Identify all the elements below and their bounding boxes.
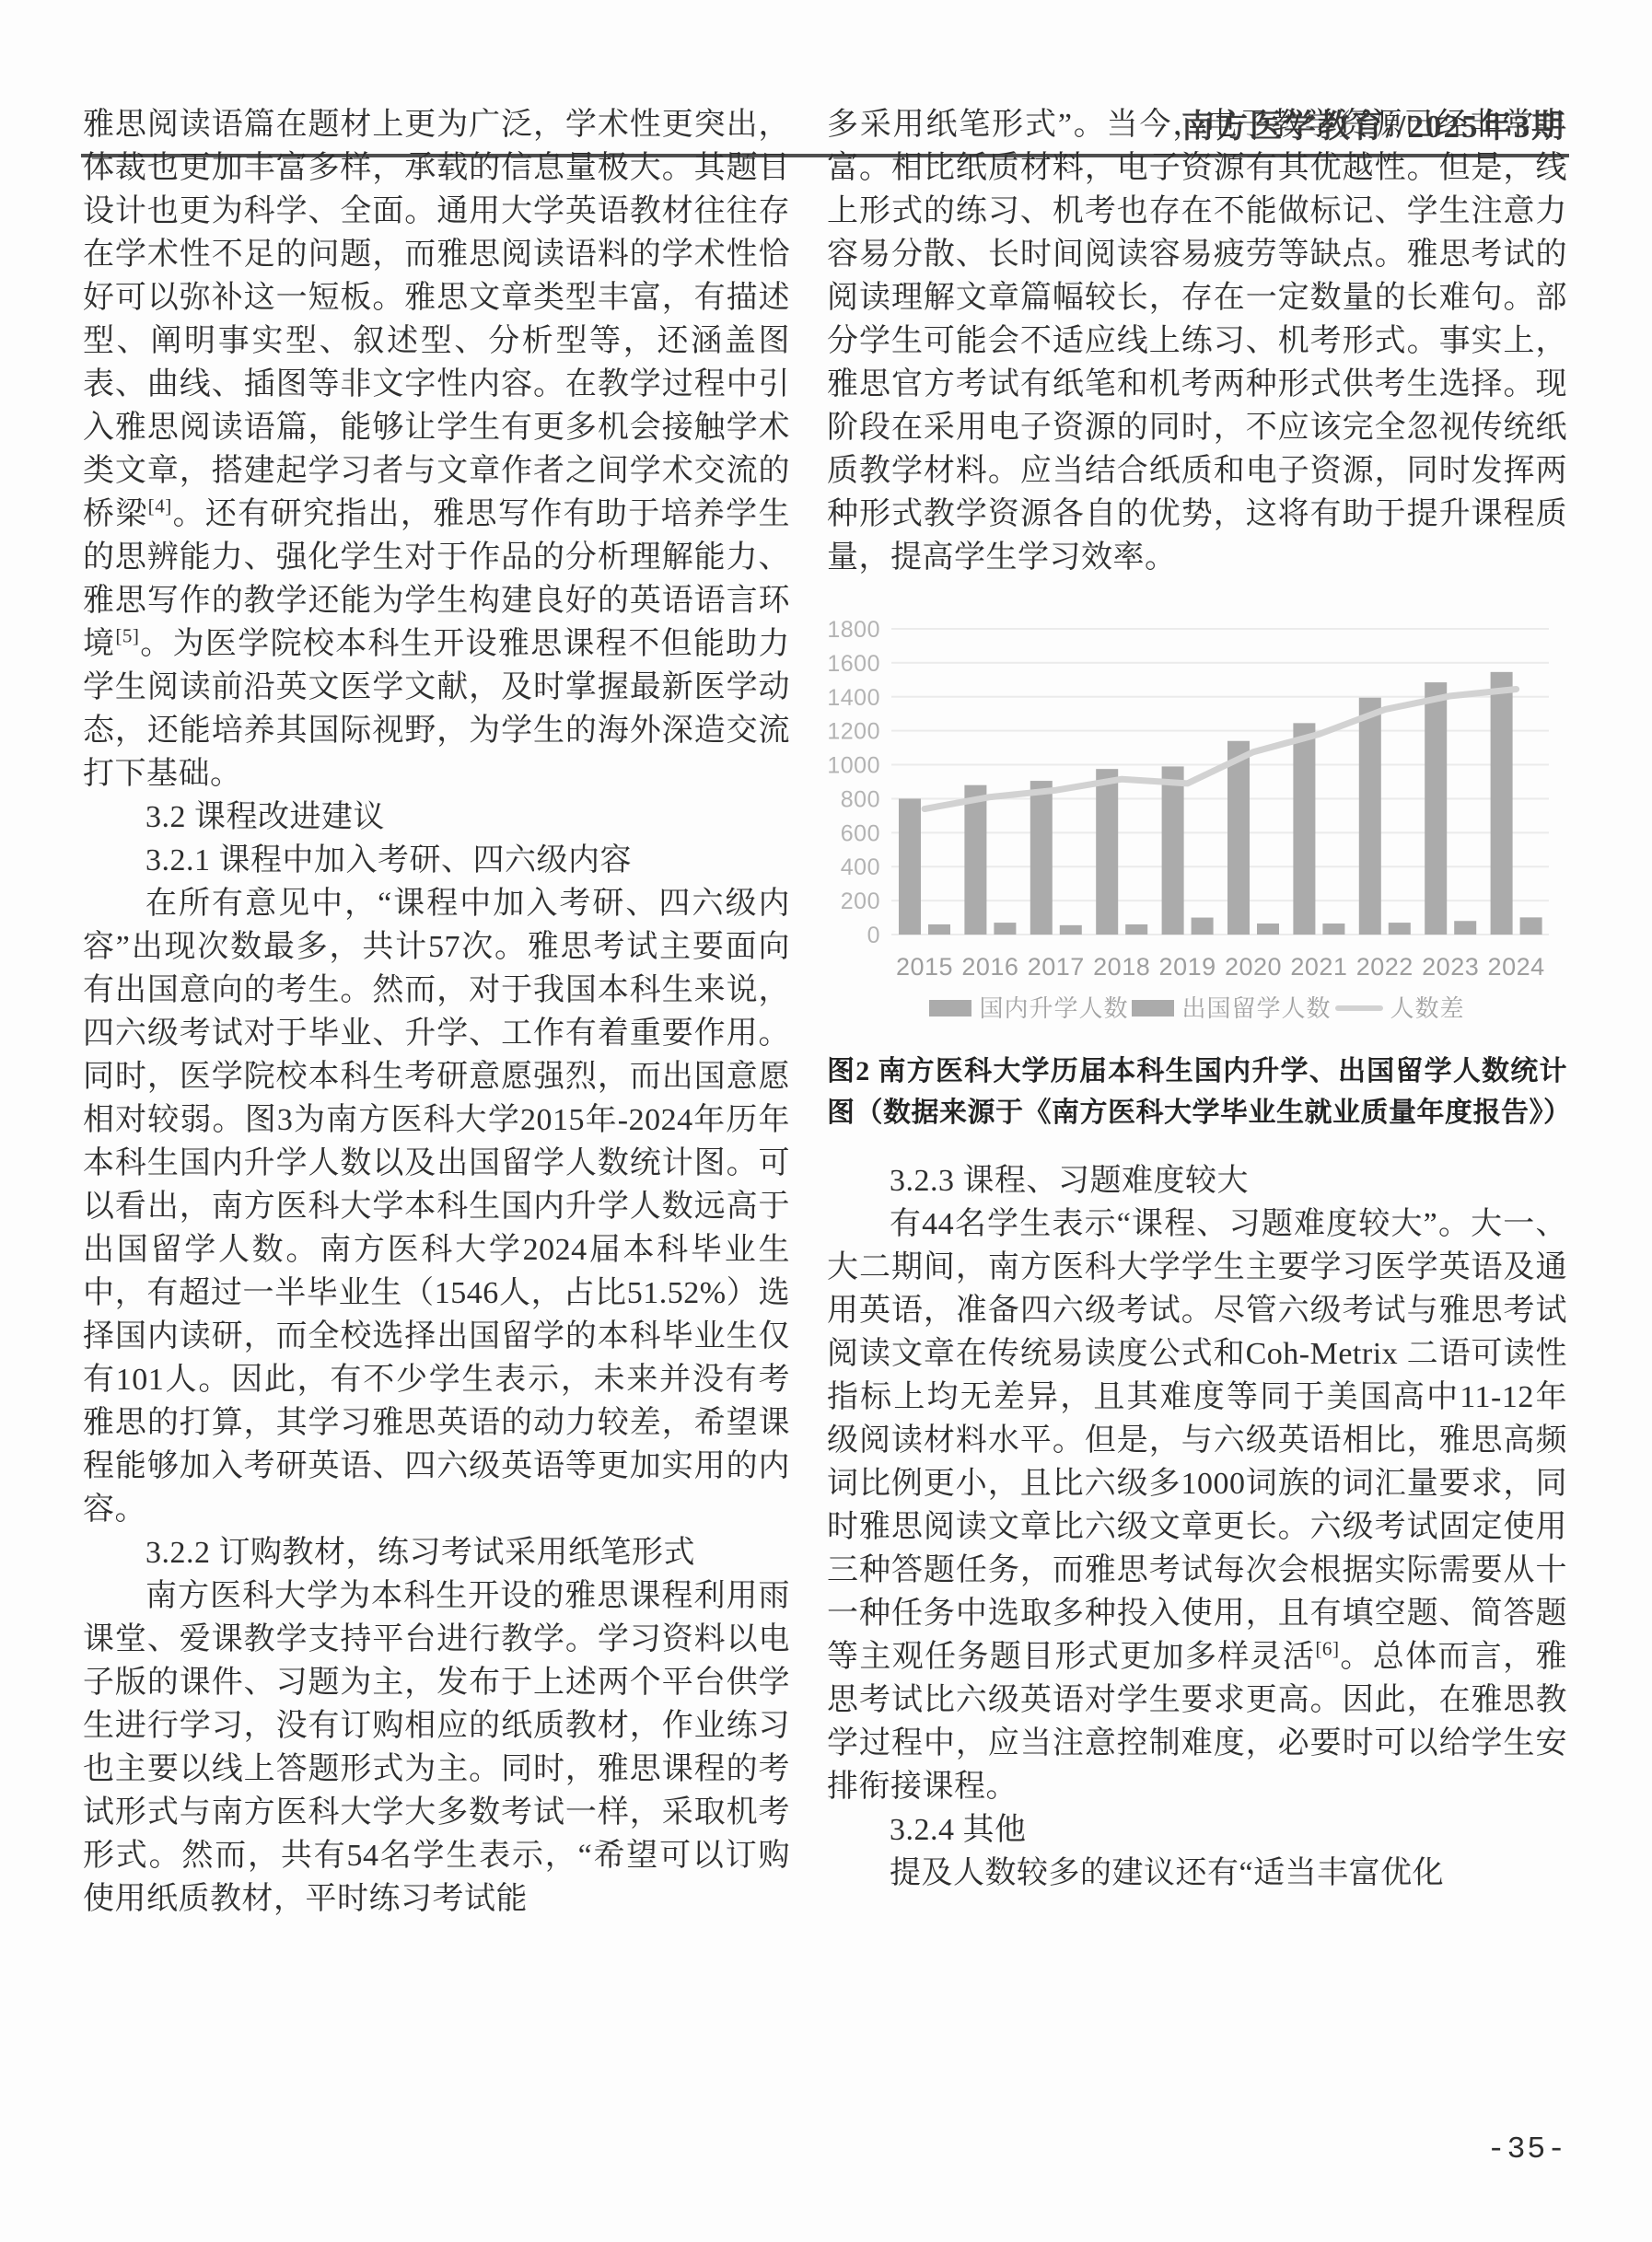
bar-domestic-2023 bbox=[1425, 682, 1447, 935]
page-number: -35- bbox=[1487, 2132, 1567, 2166]
bar-abroad-2024 bbox=[1520, 917, 1542, 935]
legend-line-swatch bbox=[1335, 1005, 1383, 1011]
bar-abroad-2015 bbox=[928, 924, 950, 935]
bar-abroad-2019 bbox=[1192, 918, 1214, 935]
bar-abroad-2022 bbox=[1389, 923, 1411, 935]
y-tick-label: 1400 bbox=[827, 685, 880, 711]
body-paragraph: 南方医科大学为本科生开设的雅思课程利用雨课堂、爱课教学支持平台进行教学。学习资料… bbox=[83, 1574, 790, 1921]
body-paragraph: 提及人数较多的建议还有“适当丰富优化 bbox=[827, 1852, 1567, 1895]
citation-marker: [4] bbox=[148, 495, 172, 517]
legend-label: 人数差 bbox=[1390, 987, 1465, 1030]
bar-domestic-2020 bbox=[1227, 741, 1250, 935]
bar-domestic-2016 bbox=[964, 785, 986, 935]
bar-domestic-2021 bbox=[1293, 723, 1315, 935]
bar-abroad-2017 bbox=[1060, 925, 1082, 935]
x-tick-label: 2022 bbox=[1356, 953, 1414, 981]
bar-abroad-2016 bbox=[994, 923, 1016, 935]
legend-item: 人数差 bbox=[1335, 987, 1465, 1030]
x-tick-label: 2019 bbox=[1159, 953, 1216, 981]
y-tick-label: 1600 bbox=[827, 651, 880, 677]
body-paragraph: 雅思阅读语篇在题材上更为广泛，学术性更突出，体裁也更加丰富多样，承载的信息量极大… bbox=[83, 103, 790, 796]
body-paragraph: 多采用纸笔形式”。当今，电子教学资源已经非常丰富。相比纸质材料，电子资源有其优越… bbox=[827, 103, 1567, 579]
y-tick-label: 1000 bbox=[827, 753, 880, 779]
bar-domestic-2018 bbox=[1096, 769, 1118, 935]
bar-abroad-2021 bbox=[1322, 924, 1344, 935]
x-tick-label: 2024 bbox=[1488, 953, 1545, 981]
section-heading: 3.2.3 课程、习题难度较大 bbox=[827, 1159, 1567, 1202]
x-tick-label: 2017 bbox=[1028, 953, 1085, 981]
figure2-chart: 0200400600800100012001400160018002015201… bbox=[827, 614, 1567, 1027]
y-tick-label: 0 bbox=[867, 923, 880, 948]
y-tick-label: 400 bbox=[841, 854, 880, 880]
y-tick-label: 600 bbox=[841, 820, 880, 846]
left-column: 雅思阅读语篇在题材上更为广泛，学术性更突出，体裁也更加丰富多样，承载的信息量极大… bbox=[83, 103, 790, 1921]
legend-label: 出国留学人数 bbox=[1181, 987, 1331, 1030]
x-tick-label: 2023 bbox=[1422, 953, 1479, 981]
legend-item: 国内升学人数 bbox=[929, 987, 1128, 1030]
right-column-top-text: 多采用纸笔形式”。当今，电子教学资源已经非常丰富。相比纸质材料，电子资源有其优越… bbox=[827, 103, 1567, 579]
legend-bar-swatch bbox=[1132, 1000, 1174, 1016]
bar-line-chart: 0200400600800100012001400160018002015201… bbox=[827, 614, 1567, 984]
y-tick-label: 1800 bbox=[827, 617, 880, 643]
legend-bar-swatch bbox=[929, 1000, 971, 1016]
body-paragraph: 在所有意见中，“课程中加入考研、四六级内容”出现次数最多，共计57次。雅思考试主… bbox=[83, 882, 790, 1531]
right-column: 多采用纸笔形式”。当今，电子教学资源已经非常丰富。相比纸质材料，电子资源有其优越… bbox=[827, 103, 1567, 1895]
section-heading: 3.2.2 订购教材，练习考试采用纸笔形式 bbox=[83, 1531, 790, 1574]
figure2-caption: 图2 南方医科大学历届本科生国内升学、出国留学人数统计图（数据来源于《南方医科大… bbox=[827, 1051, 1567, 1133]
bar-domestic-2024 bbox=[1491, 672, 1513, 935]
bar-abroad-2020 bbox=[1257, 924, 1279, 935]
bar-domestic-2015 bbox=[899, 798, 921, 935]
section-heading: 3.2.4 其他 bbox=[827, 1808, 1567, 1852]
citation-marker: [6] bbox=[1315, 1638, 1339, 1660]
chart-legend: 国内升学人数出国留学人数人数差 bbox=[827, 990, 1567, 1027]
x-tick-label: 2020 bbox=[1225, 953, 1282, 981]
citation-marker: [5] bbox=[115, 625, 139, 647]
right-column-bottom-text: 3.2.3 课程、习题难度较大有44名学生表示“课程、习题难度较大”。大一、大二… bbox=[827, 1159, 1567, 1895]
bar-abroad-2023 bbox=[1454, 921, 1476, 935]
bar-abroad-2018 bbox=[1125, 924, 1147, 935]
x-tick-label: 2018 bbox=[1093, 953, 1150, 981]
section-heading: 3.2.1 课程中加入考研、四六级内容 bbox=[83, 839, 790, 882]
x-tick-label: 2021 bbox=[1290, 953, 1347, 981]
y-tick-label: 1200 bbox=[827, 719, 880, 745]
bar-domestic-2019 bbox=[1162, 766, 1184, 935]
x-tick-label: 2015 bbox=[896, 953, 953, 981]
legend-label: 国内升学人数 bbox=[979, 987, 1128, 1030]
legend-item: 出国留学人数 bbox=[1132, 987, 1331, 1030]
bar-domestic-2017 bbox=[1030, 781, 1053, 935]
bar-domestic-2022 bbox=[1359, 698, 1381, 935]
x-tick-label: 2016 bbox=[961, 953, 1018, 981]
y-tick-label: 800 bbox=[841, 786, 880, 812]
section-heading: 3.2 课程改进建议 bbox=[83, 796, 790, 839]
body-paragraph: 有44名学生表示“课程、习题难度较大”。大一、大二期间，南方医科大学学生主要学习… bbox=[827, 1202, 1567, 1808]
y-tick-label: 200 bbox=[841, 889, 880, 914]
